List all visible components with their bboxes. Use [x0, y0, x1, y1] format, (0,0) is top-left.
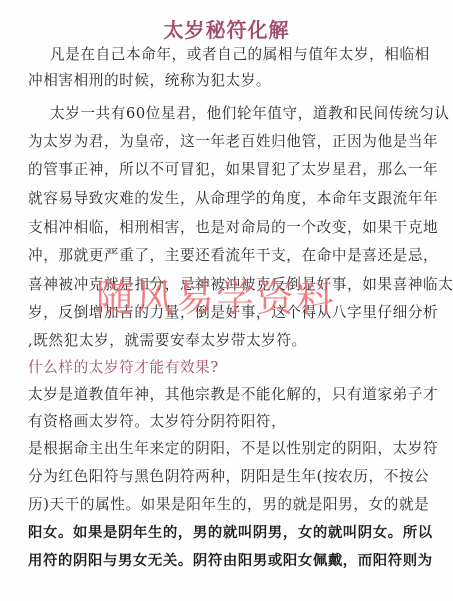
paragraph-2-line-9: ,既然犯太岁，就需要安奉太岁带太岁符。	[28, 332, 428, 350]
paragraph-3-line-3: 是根据命主出生年来定的阴阳，不是以性别定的阴阳，太岁符	[28, 440, 428, 458]
paragraph-2-line-4: 就容易导致灾难的发生，从命理学的角度，本命年支跟流年年	[28, 190, 428, 208]
paragraph-2-line-1: 太岁一共有60位星君，他们轮年值守，道教和民间传统匀认	[50, 105, 450, 123]
paragraph-3-line-4: 分为红色阳符与黑色阴符两种，阴阳是生年(按农历，不按公	[28, 468, 428, 486]
paragraph-3-line-2: 有资格画太岁符。太岁符分阴符阳符，	[28, 413, 428, 431]
paragraph-2-line-6: 冲，那就更严重了，主要还看流年干支，在命中是喜还是忌，	[28, 247, 428, 265]
paragraph-3-line-1: 太岁是道教值年神，其他宗教是不能化解的，只有道家弟子才	[28, 386, 428, 404]
section-heading: 什么样的太岁符才能有效果?	[28, 359, 219, 377]
paragraph-1-line-2: 冲相害相刑的时候，统称为犯太岁。	[28, 72, 428, 90]
paragraph-2-line-2: 为太岁为君，为皇帝，这一年老百姓归他管，正因为他是当年	[28, 133, 428, 151]
paragraph-2-line-3: 的管事正神，所以不可冒犯，如果冒犯了太岁星君，那么一年	[28, 161, 428, 179]
paragraph-3-bold-line-1: 阳女。如果是阴年生的，男的就叫阴男，女的就叫阴女。所以	[28, 524, 428, 542]
paragraph-2-line-5: 支相冲相临，相刑相害，也是对命局的一个改变，如果干克地	[28, 219, 428, 237]
document-page: 太岁秘符化解 凡是在自己本命年，或者自己的属相与值年太岁，相临相 冲相害相刑的时…	[0, 0, 453, 601]
paragraph-1-line-1: 凡是在自己本命年，或者自己的属相与值年太岁，相临相	[50, 46, 450, 64]
document-title: 太岁秘符化解	[0, 14, 453, 43]
paragraph-3-bold-line-2: 用符的阴阳与男女无关。阴符由阳男或阳女佩戴，而阳符则为	[28, 552, 428, 570]
paragraph-3-line-5: 历)天干的属性。如果是阳年生的，男的就是阳男，女的就是	[28, 496, 428, 514]
watermark-text: 随风易学资料	[96, 276, 356, 320]
